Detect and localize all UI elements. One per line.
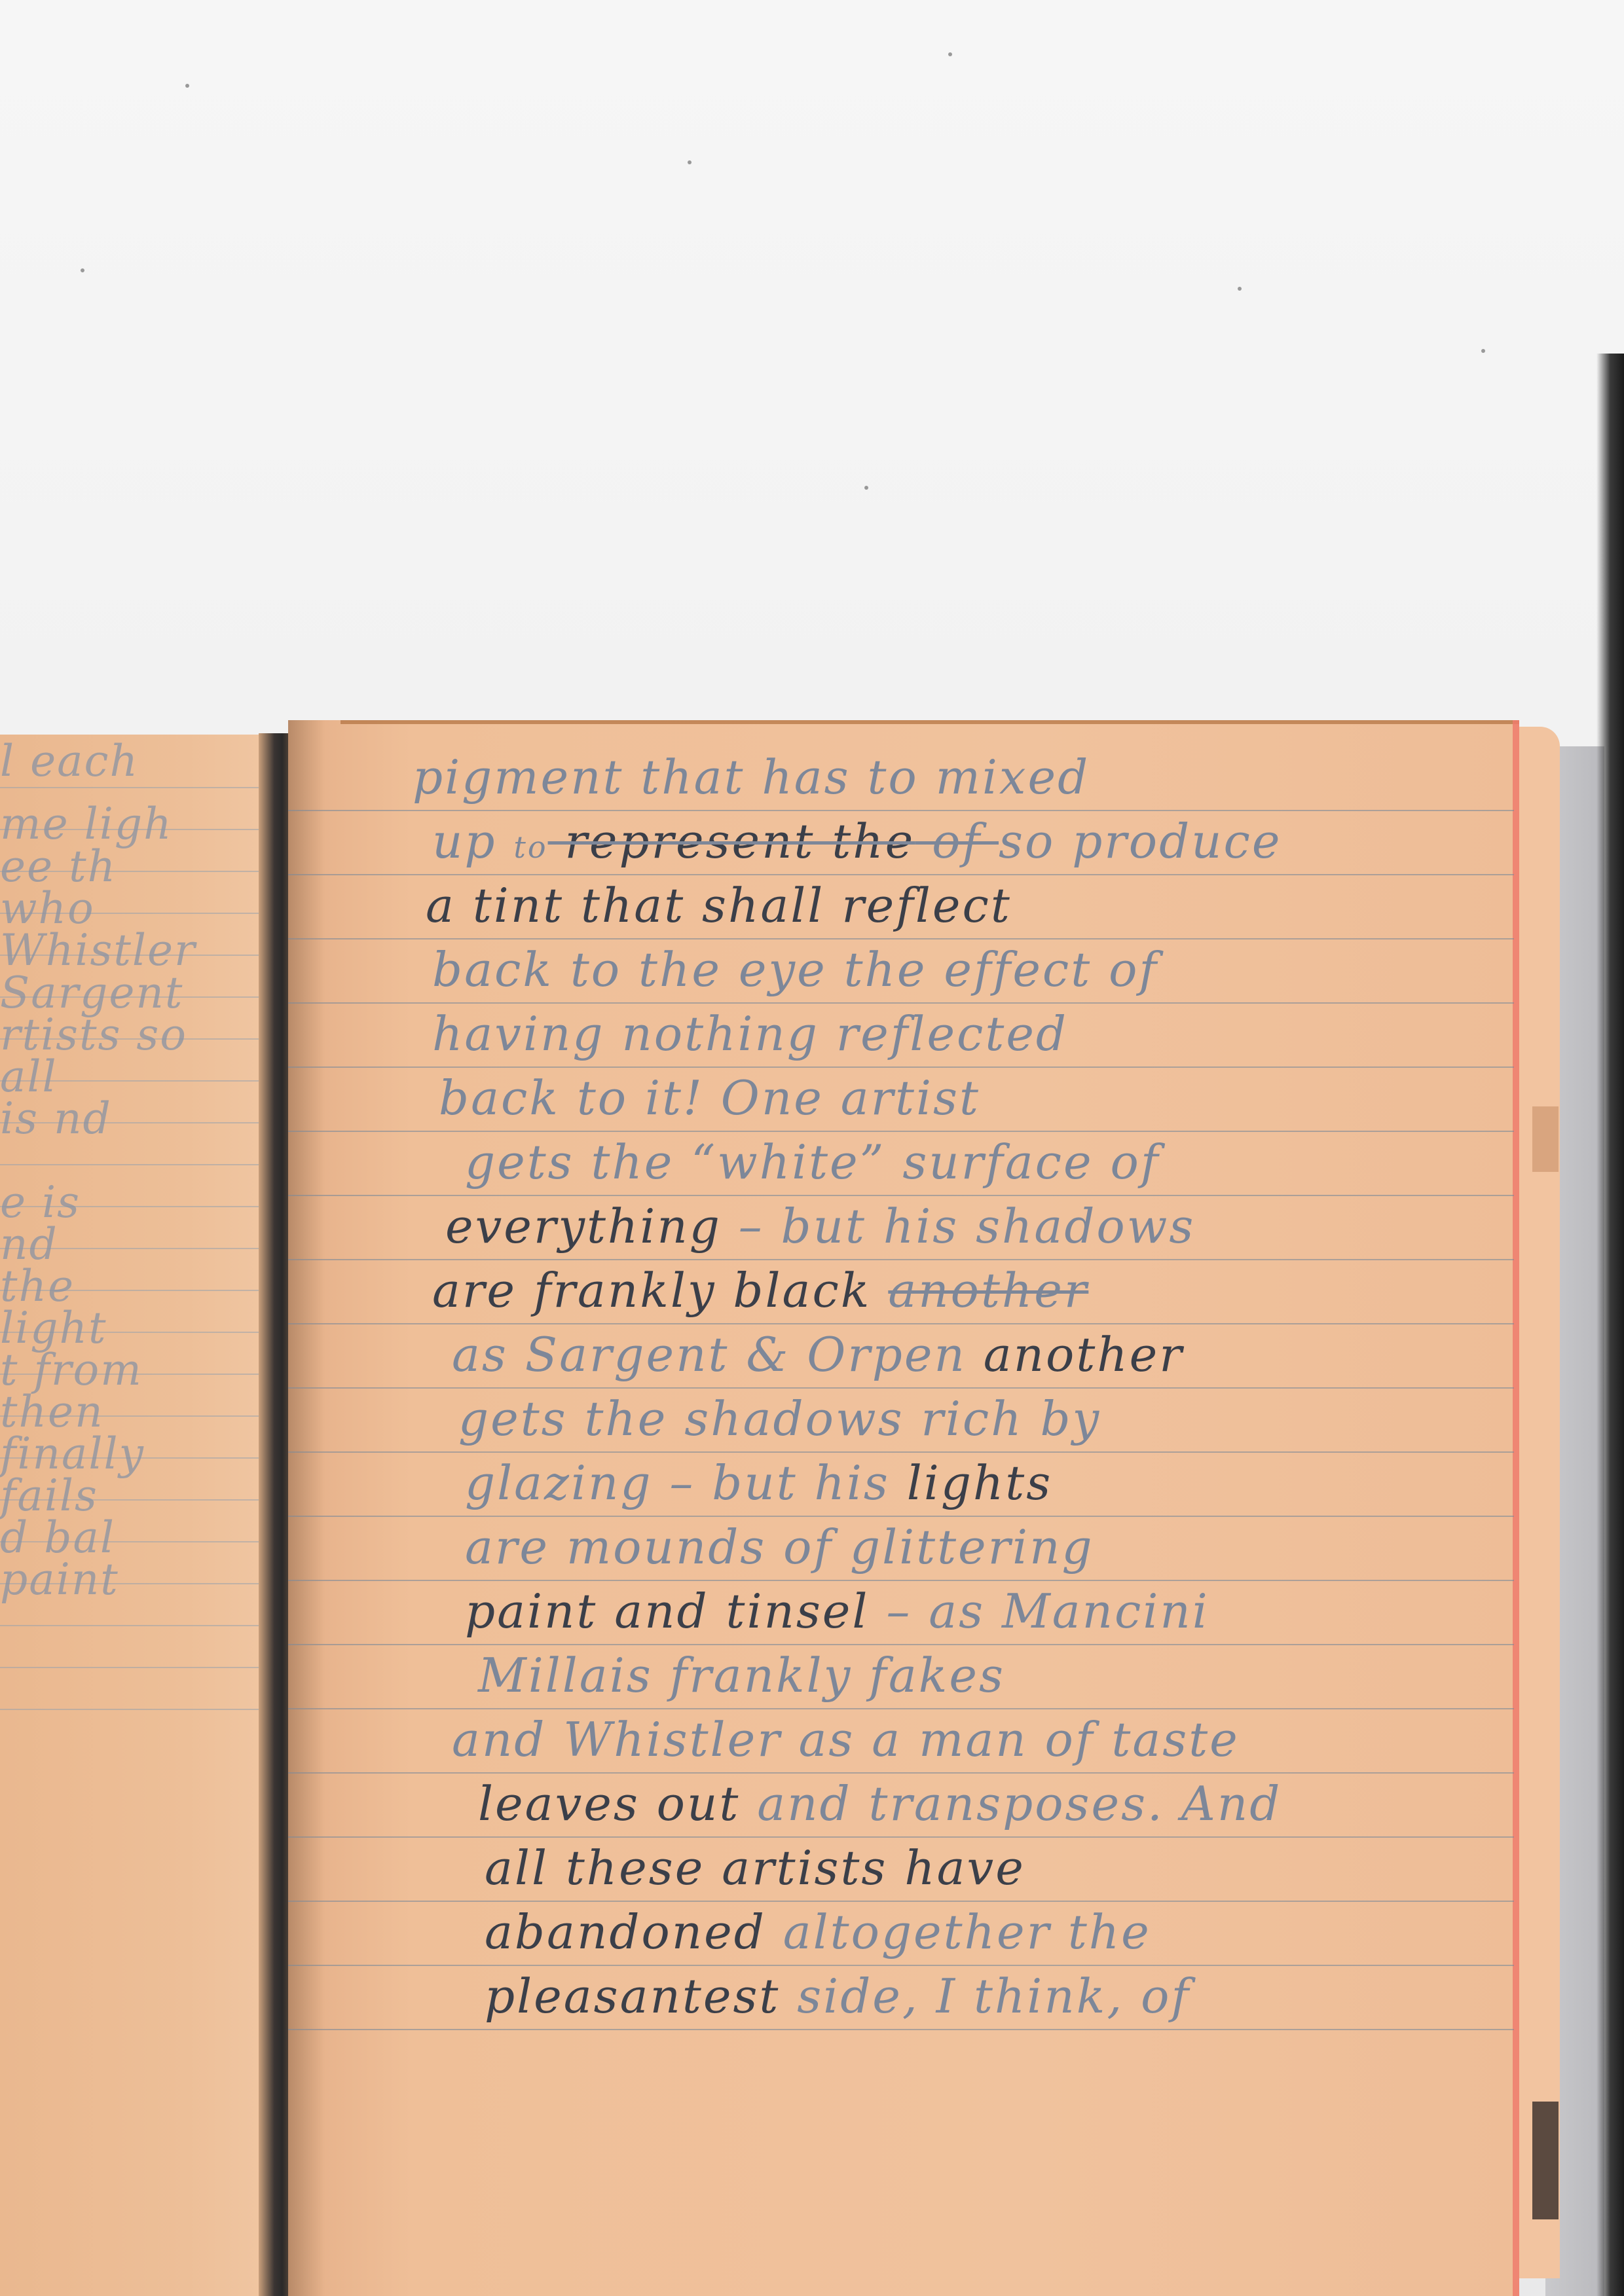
- handwriting-segment: having nothing reflected: [432, 1006, 1068, 1061]
- ruled-line: [288, 1387, 1514, 1389]
- handwriting-line: are mounds of glittering: [465, 1520, 1094, 1575]
- handwriting-line: leaves out and transposes. And: [478, 1776, 1282, 1831]
- ruled-line: [288, 2029, 1514, 2030]
- handwriting-segment: side, I think, of: [780, 1969, 1190, 2024]
- ruled-line: [288, 1195, 1514, 1196]
- handwriting-line: paint and tinsel – as Mancini: [465, 1584, 1209, 1639]
- handwriting-line: all these artists have: [485, 1840, 1025, 1895]
- handwriting-line: abandoned altogether the: [485, 1904, 1151, 1959]
- struck-through-text: of: [915, 814, 999, 869]
- handwriting-line: back to it! One artist: [439, 1070, 980, 1125]
- handwriting-segment: paint and tinsel: [465, 1584, 869, 1639]
- handwriting-line: everything – but his shadows: [445, 1199, 1195, 1254]
- handwriting-segment: are frankly black: [432, 1263, 888, 1318]
- handwriting-line: back to the eye the effect of: [432, 942, 1158, 997]
- ruled-line: [0, 1625, 268, 1626]
- handwriting-segment: and Whistler as a man of taste: [452, 1712, 1240, 1767]
- ruled-line: [288, 810, 1514, 811]
- dust-speck: [688, 160, 692, 164]
- ruled-line: [0, 1164, 268, 1165]
- handwriting-segment: altogether the: [766, 1904, 1151, 1959]
- ruled-line: [288, 1066, 1514, 1068]
- handwriting-segment: back to the eye the effect of: [432, 942, 1158, 997]
- handwriting-segment: pigment that has to mixed: [413, 750, 1090, 805]
- handwriting-segment: gets the “white” surface of: [465, 1135, 1160, 1190]
- handwriting-line: a tint that shall reflect: [426, 878, 1012, 933]
- ruled-line: [288, 1002, 1514, 1004]
- right-page: pigment that has to mixed up to represen…: [288, 720, 1519, 2296]
- handwriting-line: up to represent the of so produce: [432, 814, 1282, 869]
- left-fragment: is nd: [0, 1093, 112, 1144]
- dust-speck: [1238, 287, 1242, 291]
- struck-through-text: another: [888, 1263, 1088, 1318]
- ruled-line: [288, 1901, 1514, 1902]
- ruled-line: [0, 787, 268, 788]
- dust-speck: [185, 84, 189, 88]
- dust-speck: [1481, 349, 1485, 353]
- ruled-line: [288, 1965, 1514, 1966]
- handwriting-line: are frankly black another: [432, 1263, 1088, 1318]
- dust-speck: [864, 486, 868, 490]
- scanner-shadow-edge: [1596, 354, 1624, 2296]
- ruled-line: [0, 1667, 268, 1668]
- ruled-line: [288, 1836, 1514, 1838]
- ruled-line: [288, 1772, 1514, 1774]
- left-fragment: paint: [0, 1554, 119, 1605]
- handwriting-line: as Sargent & Orpen another: [452, 1327, 1184, 1382]
- left-fragment: l each: [0, 736, 139, 786]
- dust-speck: [948, 52, 952, 56]
- handwriting-segment: another: [984, 1327, 1184, 1382]
- handwriting-line: glazing – but his lights: [465, 1455, 1052, 1510]
- handwriting-segment: pleasantest: [485, 1969, 780, 2024]
- handwriting-segment: abandoned: [485, 1904, 766, 1959]
- handwriting-segment: everything: [445, 1199, 722, 1254]
- ruled-line: [288, 1580, 1514, 1581]
- handwriting-line: having nothing reflected: [432, 1006, 1068, 1061]
- handwriting-segment: and transposes. And: [740, 1776, 1282, 1831]
- handwriting-line: pigment that has to mixed: [413, 750, 1090, 805]
- handwriting-segment: leaves out: [478, 1776, 740, 1831]
- handwriting-segment: all these artists have: [485, 1840, 1025, 1895]
- handwriting-segment: Millais frankly fakes: [478, 1648, 1005, 1703]
- ruled-line: [288, 1259, 1514, 1260]
- handwriting-segment: so produce: [999, 814, 1282, 869]
- handwriting-line: pleasantest side, I think, of: [485, 1969, 1190, 2024]
- handwriting-segment: are mounds of glittering: [465, 1520, 1094, 1575]
- handwriting-line: Millais frankly fakes: [478, 1648, 1005, 1703]
- page-edge-tab: [1532, 1106, 1559, 1172]
- handwriting-segment: gets the shadows rich by: [458, 1391, 1101, 1446]
- ruled-line: [288, 1323, 1514, 1324]
- handwriting-line: and Whistler as a man of taste: [452, 1712, 1240, 1767]
- dust-speck: [81, 268, 84, 272]
- margin-line: [1513, 720, 1519, 2296]
- left-page: l each me ligh ee th who Whistler Sargen…: [0, 735, 268, 2296]
- ruled-line: [288, 874, 1514, 875]
- handwriting-segment-insertion: to: [513, 829, 547, 865]
- handwriting-segment: – but his shadows: [722, 1199, 1196, 1254]
- handwriting-segment: glazing – but his: [465, 1455, 907, 1510]
- handwriting-segment: as Sargent & Orpen: [452, 1327, 984, 1382]
- struck-through-text: represent the: [548, 814, 915, 869]
- handwriting-segment: a tint that shall reflect: [426, 878, 1012, 933]
- handwriting-segment: lights: [907, 1455, 1052, 1510]
- back-pages-edge: [1519, 727, 1560, 2278]
- ruled-line: [0, 1709, 268, 1710]
- handwriting-line: gets the shadows rich by: [458, 1391, 1101, 1446]
- ruled-line: [288, 1131, 1514, 1132]
- page-top-edge: [341, 720, 1519, 724]
- handwriting-segment: up: [432, 814, 513, 869]
- handwriting-line: gets the “white” surface of: [465, 1135, 1160, 1190]
- ruled-line: [288, 1451, 1514, 1453]
- ruled-line: [288, 1708, 1514, 1709]
- ruled-line: [288, 938, 1514, 939]
- page-edge-shadow: [1532, 2102, 1559, 2219]
- ruled-line: [288, 1644, 1514, 1645]
- handwriting-segment: back to it! One artist: [439, 1070, 980, 1125]
- handwriting-segment: – as Mancini: [869, 1584, 1209, 1639]
- ruled-line: [288, 1516, 1514, 1517]
